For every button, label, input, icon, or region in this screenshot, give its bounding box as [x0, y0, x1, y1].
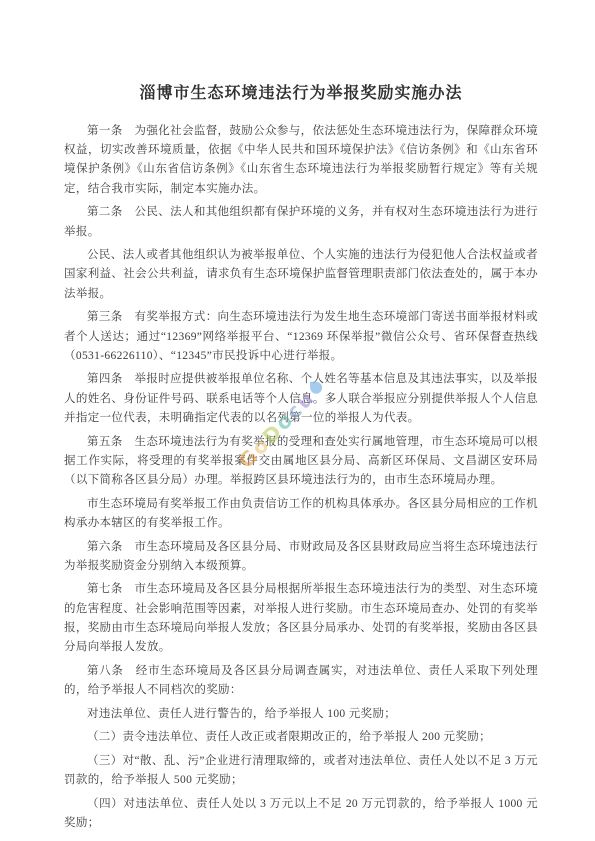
- paragraph-article-8: 第八条 经市生态环境局及各区县分局调查属实，对违法单位、责任人采取下列处理的，给…: [64, 662, 538, 700]
- document-page: 淄博市生态环境违法行为举报奖励实施办法 第一条 为强化社会监督，鼓励公众参与，依…: [0, 0, 595, 841]
- paragraph-article-8-item-4: （四）对违法单位、责任人处以 3 万元以上不足 20 万元罚款的，给予举报人 1…: [64, 795, 538, 833]
- document-body: 淄博市生态环境违法行为举报奖励实施办法 第一条 为强化社会监督，鼓励公众参与，依…: [64, 80, 538, 838]
- paragraph-article-3: 第三条 有奖举报方式：向生态环境违法行为发生地生态环境部门寄送书面举报材料或者个…: [64, 308, 538, 366]
- document-title: 淄博市生态环境违法行为举报奖励实施办法: [64, 80, 538, 103]
- paragraph-article-5: 第五条 生态环境违法行为有奖举报的受理和查处实行属地管理，市生态环境局可以根据工…: [64, 433, 538, 491]
- paragraph-article-5-cont: 市生态环境局有奖举报工作由负责信访工作的机构具体承办。各区县分局相应的工作机构承…: [64, 495, 538, 533]
- paragraph-article-6: 第六条 市生态环境局及各区县分局、市财政局及各区县财政局应当将生态环境违法行为举…: [64, 538, 538, 576]
- paragraph-article-4: 第四条 举报时应提供被举报单位名称、个人姓名等基本信息及其违法事实，以及举报人的…: [64, 370, 538, 428]
- paragraph-article-1: 第一条 为强化社会监督，鼓励公众参与，依法惩处生态环境违法行为，保障群众环境权益…: [64, 122, 538, 199]
- paragraph-article-8-item-3: （三）对“散、乱、污”企业进行清理取缔的，或者对违法单位、责任人处以不足 3 万…: [64, 752, 538, 790]
- paragraph-article-8-item-2: （二）责令违法单位、责任人改正或者限期改正的，给予举报人 200 元奖励；: [64, 728, 538, 747]
- paragraph-article-2: 第二条 公民、法人和其他组织都有保护环境的义务，并有权对生态环境违法行为进行举报…: [64, 203, 538, 241]
- paragraph-article-8-item-1: 对违法单位、责任人进行警告的，给予举报人 100 元奖励；: [64, 705, 538, 724]
- paragraph-article-2-cont: 公民、法人或者其他组织认为被举报单位、个人实施的违法行为侵犯他人合法权益或者国家…: [64, 246, 538, 304]
- paragraph-article-7: 第七条 市生态环境局及各区县分局根据所举报生态环境违法行为的类型、对生态环境的危…: [64, 580, 538, 657]
